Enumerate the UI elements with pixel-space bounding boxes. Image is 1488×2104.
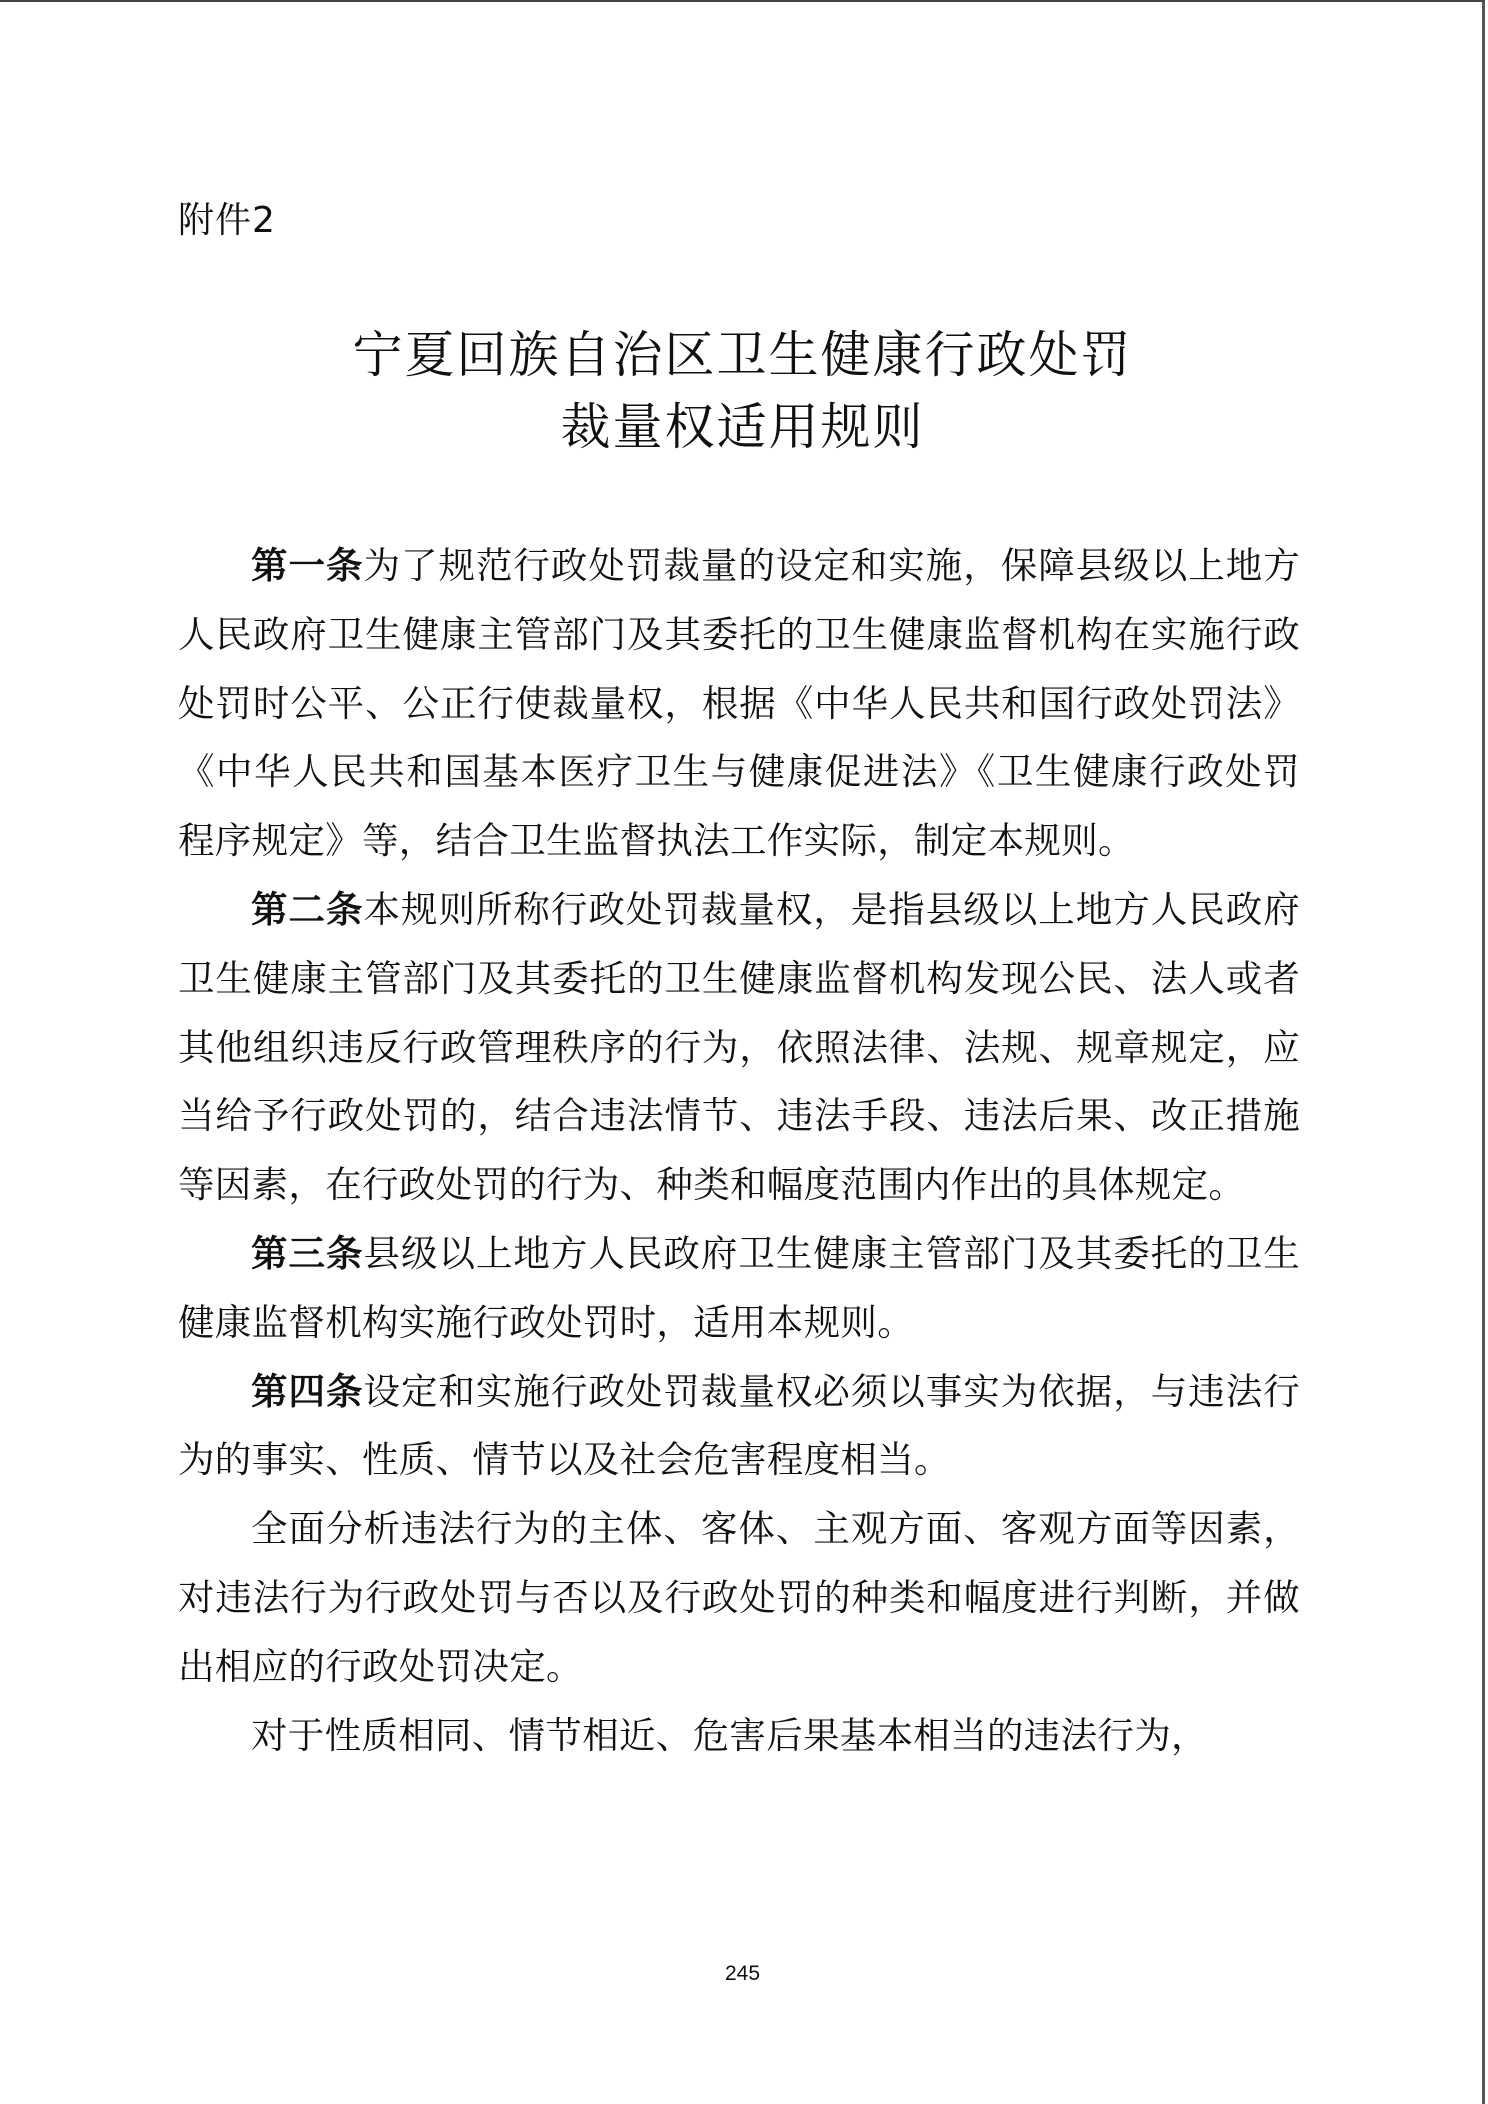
attachment-label: 附件2 [178,197,276,245]
article-2-paragraph: 第二条本规则所称行政处罚裁量权，是指县级以上地方人民政府卫生健康主管部门及其委托… [178,876,1300,1220]
article-number: 第三条 [251,1232,363,1275]
article-4-paragraph: 第四条设定和实施行政处罚裁量权必须以事实为依据，与违法行为的事实、性质、情节以及… [178,1358,1300,1496]
paragraph-text: 对于性质相同、情节相近、危害后果基本相当的违法行为， [251,1714,1208,1757]
article-number: 第一条 [251,544,363,587]
article-3-paragraph: 第三条县级以上地方人民政府卫生健康主管部门及其委托的卫生健康监督机构实施行政处罚… [178,1220,1300,1358]
article-text: 本规则所称行政处罚裁量权，是指县级以上地方人民政府卫生健康主管部门及其委托的卫生… [178,888,1300,1206]
document-page: 附件2 宁夏回族自治区卫生健康行政处罚 裁量权适用规则 第一条为了规范行政处罚裁… [0,0,1485,2104]
article-number: 第二条 [251,888,363,931]
article-text: 为了规范行政处罚裁量的设定和实施，保障县级以上地方人民政府卫生健康主管部门及其委… [178,544,1300,862]
article-number: 第四条 [251,1370,363,1413]
article-4-paragraph-3: 对于性质相同、情节相近、危害后果基本相当的违法行为， [178,1702,1300,1771]
article-1-paragraph: 第一条为了规范行政处罚裁量的设定和实施，保障县级以上地方人民政府卫生健康主管部门… [178,532,1300,876]
document-body: 第一条为了规范行政处罚裁量的设定和实施，保障县级以上地方人民政府卫生健康主管部门… [178,532,1300,1770]
page-number: 245 [0,1960,1485,1988]
paragraph-text: 全面分析违法行为的主体、客体、主观方面、客观方面等因素，对违法行为行政处罚与否以… [178,1507,1300,1688]
article-4-paragraph-2: 全面分析违法行为的主体、客体、主观方面、客观方面等因素，对违法行为行政处罚与否以… [178,1495,1300,1701]
document-title-line-2: 裁量权适用规则 [0,392,1485,462]
document-title-line-1: 宁夏回族自治区卫生健康行政处罚 [0,320,1485,390]
